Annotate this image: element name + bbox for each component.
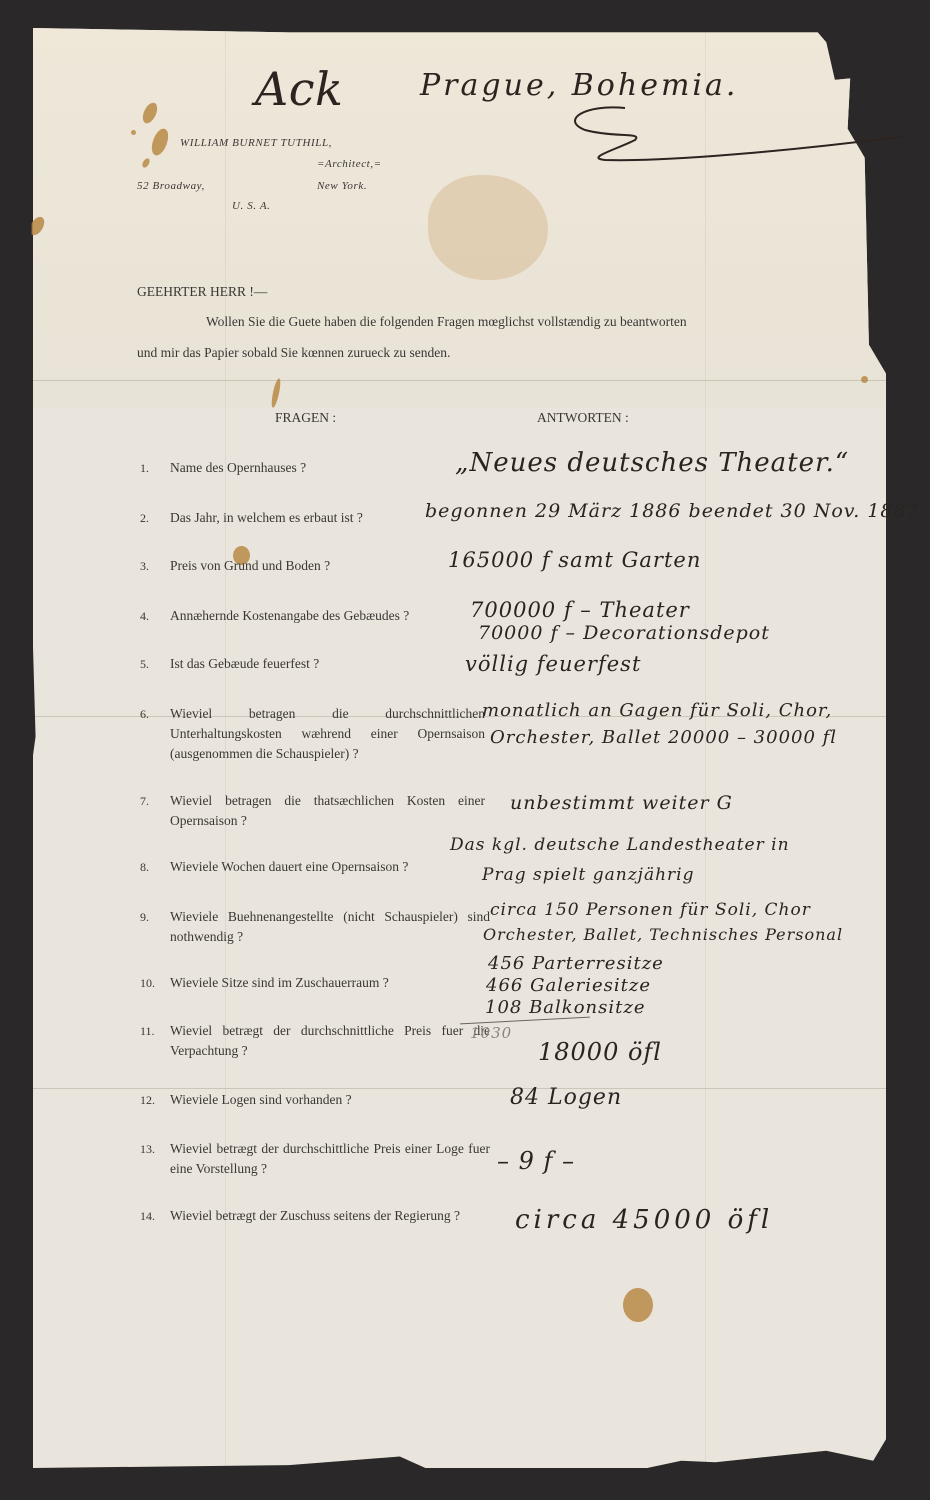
answer-10-line-1: 456 Parterresitze (488, 953, 664, 974)
answer-4-line-2: 70000 f – Decorationsdepot (478, 622, 770, 644)
answer-11: 18000 öfl (538, 1038, 662, 1066)
answer-10-total: 1030 (470, 1024, 512, 1042)
letterhead-address: 52 Broadway, (137, 180, 205, 192)
ink-stain (623, 1288, 653, 1322)
salutation: GEEHRTER HERR !— (137, 284, 267, 300)
handwritten-flourish-icon (565, 100, 925, 170)
answer-6-line-2: Orchester, Ballet 20000 – 30000 fl (490, 727, 837, 748)
answer-3: 165000 f samt Garten (448, 548, 701, 572)
answer-8-line-1: Das kgl. deutsche Landestheater in (450, 835, 790, 855)
crease-line (705, 28, 706, 1468)
answer-10-line-2: 466 Galeriesitze (486, 975, 651, 996)
fold-line (33, 380, 886, 381)
intro-line-1: Wollen Sie die Guete haben die folgenden… (206, 314, 687, 330)
answer-1: „Neues deutsches Theater.“ (455, 448, 849, 478)
letterhead-name: WILLIAM BURNET TUTHILL, (180, 137, 332, 149)
letterhead-country: U. S. A. (232, 200, 271, 212)
letterhead-city: New York. (317, 180, 367, 192)
answer-2: begonnen 29 März 1886 beendet 30 Nov. 18… (425, 500, 920, 522)
answer-13: – 9 f – (497, 1147, 575, 1175)
ink-stain (131, 130, 136, 135)
letterhead-title: =Architect,= (317, 158, 382, 170)
handwritten-initials: Ack (255, 62, 343, 116)
questions-header: FRAGEN : (275, 410, 336, 426)
answer-9-line-2: Orchester, Ballet, Technisches Personal (483, 925, 843, 944)
intro-line-2: und mir das Papier sobald Sie kœnnen zur… (137, 345, 450, 361)
answer-9-line-1: circa 150 Personen für Soli, Chor (490, 900, 811, 920)
handwritten-location: Prague, Bohemia. (420, 68, 738, 103)
answer-4-line-1: 700000 f – Theater (470, 598, 690, 622)
ink-stain (861, 376, 868, 383)
answer-7: unbestimmt weiter G (510, 792, 733, 814)
answer-12: 84 Logen (510, 1085, 622, 1110)
water-stain (428, 175, 548, 280)
answer-5: völlig feuerfest (465, 652, 641, 676)
answer-6-line-1: monatlich an Gagen für Soli, Chor, (482, 700, 832, 721)
ink-stain (880, 178, 885, 183)
fold-line (33, 1088, 886, 1089)
answer-14: circa 45000 öfl (515, 1205, 773, 1235)
answers-header: ANTWORTEN : (537, 410, 629, 426)
answer-10-line-3: 108 Balkonsitze (485, 997, 646, 1018)
answer-8-line-2: Prag spielt ganzjährig (482, 865, 695, 885)
